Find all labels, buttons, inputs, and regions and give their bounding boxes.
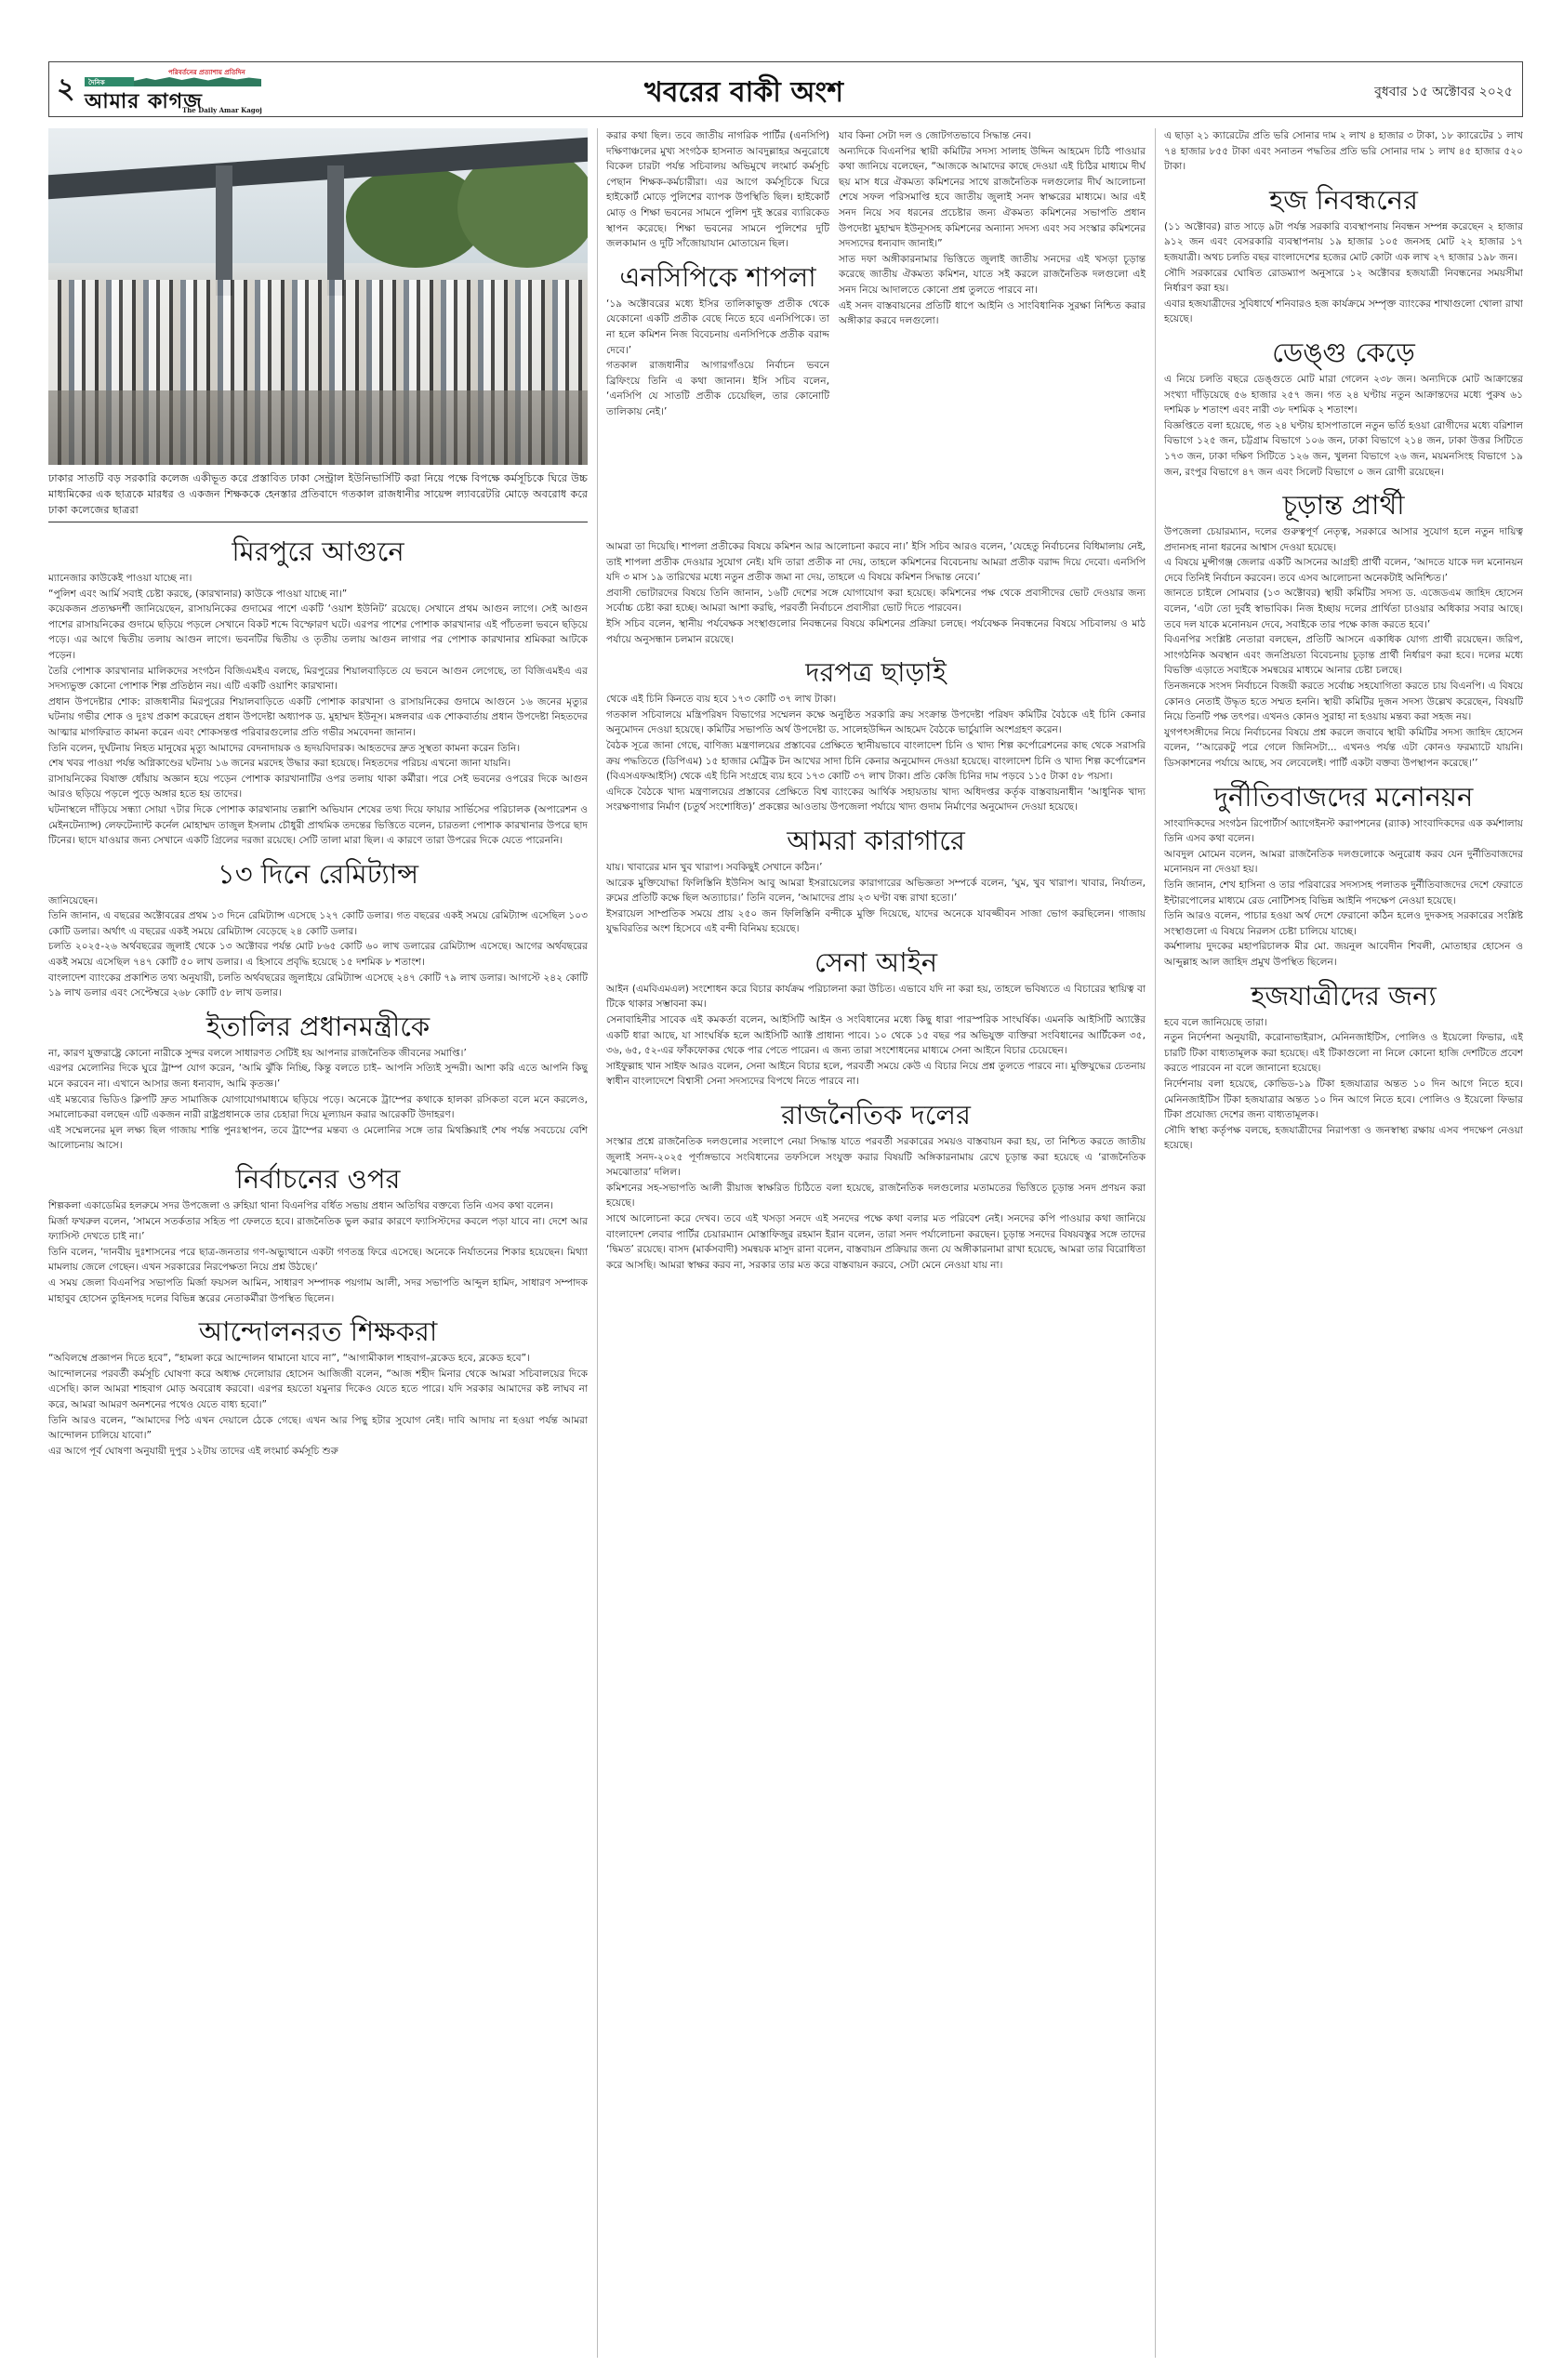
headline: নির্বাচনের ওপর	[48, 1161, 588, 1197]
paragraph: ইসরায়েল সাম্প্রতিক সময়ে প্রায় ২৫০ জন …	[606, 906, 1146, 937]
paragraph: ‘১৯ অক্টোবরের মধ্যে ইসির তালিকাভুক্ত প্র…	[606, 297, 829, 358]
paragraph: শেষ খবর পাওয়া পর্যন্ত অগ্নিকাণ্ডের ঘটনা…	[48, 756, 588, 772]
paragraph: যাব কিনা সেটা দল ও জোটগতভাবে সিদ্ধান্ত ন…	[839, 128, 1146, 144]
paragraph: তিনি আরও বলেন, পাচার হওয়া অর্থ দেশে ফের…	[1164, 908, 1523, 939]
paragraph: আবদুল মোমেন বলেন, আমরা রাজনৈতিক দলগুলোকে…	[1164, 847, 1523, 878]
article-hajj-pilgrims: হজযাত্রীদের জন্য হবে বলে জানিয়েছে তারা।…	[1164, 978, 1523, 1154]
paragraph: সৌদি সরকারের ঘোষিত রোডম্যাপ অনুসারে ১২ অ…	[1164, 266, 1523, 297]
paragraph: এই সম্মেলনের মূল লক্ষ্য ছিল গাজায় শান্ত…	[48, 1123, 588, 1154]
paragraph: এরপর মেলোনির দিকে ঘুরে ট্রাম্প যোগ করেন,…	[48, 1061, 588, 1091]
paragraph: কর্মশালায় দুদকের মহাপরিচালক মীর মো. জয়…	[1164, 939, 1523, 970]
paragraph: আইন (এমবিএমএল) সংশোধন করে বিচার কার্যক্র…	[606, 982, 1146, 1012]
paragraph: গতকাল সচিবালয়ে মন্ত্রিপরিষদ বিভাগের সম্…	[606, 707, 1146, 738]
paragraph: না, কারণ যুক্তরাষ্ট্রে কোনো নারীকে সুন্দ…	[48, 1046, 588, 1062]
article-corrupt-nomination: দুর্নীতিবাজদের মনোনয়ন সাংবাদিকদের সংগঠন…	[1164, 779, 1523, 971]
logo-name: আমার কাগজ	[85, 86, 203, 120]
article-election: নির্বাচনের ওপর শিল্পকলা একাডেমির হলরুমে …	[48, 1161, 588, 1306]
paragraph: সেনাবাহিনীর সাবেক এই কমকর্তা বলেন, আইসিট…	[606, 1012, 1146, 1059]
masthead: ২ পরিবর্তনের প্রত্যাশায় প্রতিদিন দৈনিক …	[48, 61, 1523, 117]
paragraph: কয়েকজন প্রত্যক্ষদর্শী জানিয়েছেন, রাসায…	[48, 602, 588, 663]
paragraph: সৌদি স্বাস্থ্য কর্তৃপক্ষ বলছে, হজযাত্রীদ…	[1164, 1123, 1523, 1154]
paragraph: সাথে আলোচনা করে দেখব। তবে এই খসড়া সনদে …	[606, 1211, 1146, 1273]
column-1: মিরপুরে আগুনে ম্যানেজার কাউকেই পাওয়া যা…	[48, 526, 588, 2348]
paragraph: এর আগে পূর্ব ঘোষণা অনুযায়ী দুপুর ১২টায়…	[48, 1444, 588, 1460]
paragraph: হবে বলে জানিয়েছে তারা।	[1164, 1015, 1523, 1031]
paragraph: জানতে চাইলে সোমবার (১৩ অক্টোবর) স্থায়ী …	[1164, 586, 1523, 632]
paragraph: বিএনপির সংশ্লিষ্ট নেতারা বলছেন, প্রতিটি …	[1164, 632, 1523, 679]
paragraph: সাংবাদিকদের সংগঠন রিপোর্টার্স অ্যাগেইনস্…	[1164, 816, 1523, 847]
photo-pillar	[327, 165, 344, 296]
headline: সেনা আইন	[606, 945, 1146, 980]
paragraph: যুগপৎসঙ্গীদের নিয়ে নির্বাচনের বিষয়ে প্…	[1164, 725, 1523, 772]
paragraph: তিনজনকে সংসদ নির্বাচনে বিজয়ী করতে সর্বো…	[1164, 679, 1523, 725]
paragraph: রাসায়নিকের বিষাক্ত ধোঁয়ায় অজ্ঞান হয়ে…	[48, 772, 588, 802]
paragraph: নতুন নির্দেশনা অনুযায়ী, করোনাভাইরাস, মে…	[1164, 1030, 1523, 1077]
paragraph: বিজ্ঞপ্তিতে বলা হয়েছে, গত ২৪ ঘণ্টায় হা…	[1164, 418, 1523, 480]
paragraph: যায়। খাবারের মান খুব খারাপ। সবকিছুই সেখ…	[606, 860, 1146, 876]
headline: দুর্নীতিবাজদের মনোনয়ন	[1164, 779, 1523, 814]
article-army-law: সেনা আইন আইন (এমবিএমএল) সংশোধন করে বিচার…	[606, 945, 1146, 1090]
photo-caption: ঢাকার সাতটি বড় সরকারি কলেজ একীভূত করে প…	[48, 470, 588, 522]
column-divider	[597, 128, 598, 2358]
article-final-candidate: চূড়ান্ত প্রার্থী উপজেলা চেয়ারম্যান, দল…	[1164, 487, 1523, 772]
paragraph: আন্দোলনের পরবর্তী কর্মসূচি ঘোষণা করে অধ্…	[48, 1367, 588, 1413]
headline: ডেঙ্গু কেড়ে	[1164, 335, 1523, 370]
paragraph: জানিয়েছেন।	[48, 893, 588, 909]
headline: ইতালির প্রধানমন্ত্রীকে	[48, 1009, 588, 1044]
article-dengue: ডেঙ্গু কেড়ে এ নিয়ে চলতি বছরে ডেঙ্গুতে …	[1164, 335, 1523, 480]
logo-tagline: পরিবর্তনের প্রত্যাশায় প্রতিদিন	[168, 67, 245, 78]
paragraph: ম্যানেজার কাউকেই পাওয়া যাচ্ছে না।	[48, 571, 588, 587]
article-remittance: ১৩ দিনে রেমিট্যান্স জানিয়েছেন। তিনি জান…	[48, 856, 588, 1001]
article-ncp-shapla: এনসিপিকে শাপলা ‘১৯ অক্টোবরের মধ্যে ইসির …	[606, 259, 829, 420]
paragraph: সাত দফা অঙ্গীকারনামার ভিত্তিতে জুলাই জাত…	[839, 252, 1146, 298]
paragraph: এবার হজযাত্রীদের সুবিধার্থে শনিবারও হজ ক…	[1164, 297, 1523, 327]
paragraph: সাইফুল্লাহ খান সাইফ আরও বলেন, সেনা আইনে …	[606, 1059, 1146, 1090]
issue-date: বুধবার ১৫ অক্টোবর ২০২৫	[1374, 81, 1513, 103]
article-continuation: করার কথা ছিল। তবে জাতীয় নাগরিক পার্টির …	[606, 128, 829, 252]
paragraph: আরেক মুক্তিযোদ্ধা ফিলিস্তিনি ইউনিস আবু আ…	[606, 876, 1146, 906]
paragraph: বাংলাদেশ ব্যাংকের প্রকাশিত তথ্য অনুযায়ী…	[48, 971, 588, 1001]
paragraph: কমিশনের সহ-সভাপতি আলী রীয়াজ স্বাক্ষরিত …	[606, 1181, 1146, 1211]
paragraph: মির্জা ফখরুল বলেন, ‘সামনে সতর্কতার সহিত …	[48, 1214, 588, 1245]
article-italy-pm: ইতালির প্রধানমন্ত্রীকে না, কারণ যুক্তরাষ…	[48, 1009, 588, 1154]
paragraph: এই মন্তব্যের ভিডিও ক্লিপটি দ্রুত সামাজিক…	[48, 1092, 588, 1123]
page-number: ২	[57, 66, 85, 113]
paragraph: প্রধান উপদেষ্টার শোক: রাজধানীর মিরপুরের …	[48, 694, 588, 741]
photo-pillar	[216, 165, 232, 296]
photo-road	[48, 390, 588, 465]
section-title: খবরের বাকী অংশ	[644, 70, 843, 117]
paragraph: ইসি সচিব বলেন, স্থানীয় পর্যবেক্ষক সংস্থ…	[606, 616, 1146, 647]
headline: আন্দোলনরত শিক্ষকরা	[48, 1314, 588, 1349]
column-2-wide: আমরা তা দিয়েছি। শাপলা প্রতীকের বিষয়ে ক…	[606, 539, 1146, 2348]
paragraph: এ বিষয়ে মুন্সীগঞ্জ জেলার একটি আসনের আগ্…	[1164, 555, 1523, 586]
headline: আমরা কারাগারে	[606, 823, 1146, 858]
paragraph: ঘটনাস্থলে দাঁড়িয়ে সন্ধ্যা সোয়া ৭টার দ…	[48, 802, 588, 849]
paragraph: গতকাল রাজধানীর আগারগাঁওয়ে নির্বাচন ভবনে…	[606, 358, 829, 419]
newspaper-logo: পরিবর্তনের প্রত্যাশায় প্রতিদিন দৈনিক আম…	[85, 65, 257, 113]
paragraph: উপজেলা চেয়ারম্যান, দলের গুরুত্বপূর্ণ নে…	[1164, 524, 1523, 555]
headline: হজযাত্রীদের জন্য	[1164, 978, 1523, 1013]
column-divider	[1155, 128, 1156, 2358]
paragraph: এই সনদ বাস্তবায়নের প্রতিটি ধাপে আইনি ও …	[839, 298, 1146, 329]
headline: দরপত্র ছাড়াই	[606, 654, 1146, 690]
paragraph: এ ছাড়া ২১ ক্যারেটের প্রতি ভরি সোনার দাম…	[1164, 128, 1523, 175]
headline: মিরপুরে আগুনে	[48, 534, 588, 569]
paragraph: আমরা তা দিয়েছি। শাপলা প্রতীকের বিষয়ে ক…	[606, 539, 1146, 586]
logo-english: The Daily Amar Kagoj	[182, 106, 262, 114]
article-july-charter: যাব কিনা সেটা দল ও জোটগতভাবে সিদ্ধান্ত ন…	[839, 128, 1146, 329]
headline: রাজনৈতিক দলের	[606, 1097, 1146, 1132]
paragraph: তৈরি পোশাক কারখানার মালিকদের সংগঠন বিজিএ…	[48, 664, 588, 694]
paragraph: (১১ অক্টোবর) রাত সাড়ে ৯টা পর্যন্ত সরকার…	[1164, 219, 1523, 266]
paragraph: অন্যদিকে বিএনপির স্থায়ী কমিটির সদস্য সা…	[839, 144, 1146, 252]
paragraph: এদিকে বৈঠকে খাদ্য মন্ত্রণালয়ের প্রস্তাব…	[606, 785, 1146, 815]
paragraph: তিনি বলেন, ‘দানবীয় দুঃশাসনের পরে ছাত্র-…	[48, 1245, 588, 1276]
paragraph: “অবিলম্বে প্রজ্ঞাপন দিতে হবে”, “হামলা কর…	[48, 1351, 588, 1367]
paragraph: চলতি ২০২৫-২৬ অর্থবছরের জুলাই থেকে ১৩ অক্…	[48, 939, 588, 970]
paragraph: তিনি জানান, শেখ হাসিনা ও তার পরিবারের সদ…	[1164, 878, 1523, 908]
paragraph: এ সময় জেলা বিএনপির সভাপতি মির্জা ফয়সল …	[48, 1276, 588, 1306]
paragraph: বৈঠক সূত্রে জানা গেছে, বাণিজ্য মন্ত্রণাল…	[606, 738, 1146, 785]
headline: ১৩ দিনে রেমিট্যান্স	[48, 856, 588, 892]
paragraph: প্রবাসী ভোটারদের বিষয়ে তিনি জানান, ১৬টি…	[606, 586, 1146, 616]
paragraph: তিনি জানান, এ বছরের অক্টোবরের প্রথম ১৩ দ…	[48, 908, 588, 939]
article-sugar-tender: দরপত্র ছাড়াই থেকে এই চিনি কিনতে ব্যয় হ…	[606, 654, 1146, 815]
newspaper-page: ২ পরিবর্তনের প্রত্যাশায় প্রতিদিন দৈনিক …	[48, 61, 1523, 2358]
paragraph: তিনি আরও বলেন, “আমাদের পিঠ এখন দেয়ালে ঠ…	[48, 1413, 588, 1444]
headline: চূড়ান্ত প্রার্থী	[1164, 487, 1523, 522]
paragraph: শিল্পকলা একাডেমির হলরুমে সদর উপজেলা ও রু…	[48, 1198, 588, 1214]
paragraph: সংস্কার প্রশ্নে রাজনৈতিক দলগুলোর সংলাপে …	[606, 1134, 1146, 1181]
news-photo	[48, 128, 588, 465]
paragraph: থেকে এই চিনি কিনতে ব্যয় হবে ১৭৩ কোটি ৩৭…	[606, 692, 1146, 707]
column-3-wide: এ ছাড়া ২১ ক্যারেটের প্রতি ভরি সোনার দাম…	[1164, 128, 1523, 2348]
column-2: করার কথা ছিল। তবে জাতীয় নাগরিক পার্টির …	[606, 128, 829, 537]
headline: এনসিপিকে শাপলা	[606, 259, 829, 295]
column-3: যাব কিনা সেটা দল ও জোটগতভাবে সিদ্ধান্ত ন…	[839, 128, 1146, 537]
article-hajj-registration: হজ নিবন্ধনের (১১ অক্টোবর) রাত সাড়ে ৯টা …	[1164, 182, 1523, 327]
article-ncp-shapla-cont: আমরা তা দিয়েছি। শাপলা প্রতীকের বিষয়ে ক…	[606, 539, 1146, 647]
article-mirpur-fire: মিরপুরে আগুনে ম্যানেজার কাউকেই পাওয়া যা…	[48, 534, 588, 849]
article-political-parties: রাজনৈতিক দলের সংস্কার প্রশ্নে রাজনৈতিক দ…	[606, 1097, 1146, 1273]
paragraph: তিনি বলেন, দুর্ঘটনায় নিহত মানুষের মৃত্য…	[48, 741, 588, 757]
headline: হজ নিবন্ধনের	[1164, 182, 1523, 218]
paragraph: “পুলিশ এবং আর্মি সবাই চেষ্টা করছে, (কারখ…	[48, 587, 588, 602]
article-protesting-teachers: আন্দোলনরত শিক্ষকরা “অবিলম্বে প্রজ্ঞাপন দ…	[48, 1314, 588, 1459]
article-gold-price: এ ছাড়া ২১ ক্যারেটের প্রতি ভরি সোনার দাম…	[1164, 128, 1523, 175]
paragraph: নির্দেশনায় বলা হয়েছে, কোভিড-১৯ টিকা হজ…	[1164, 1077, 1523, 1123]
article-prison: আমরা কারাগারে যায়। খাবারের মান খুব খারা…	[606, 823, 1146, 937]
paragraph: এ নিয়ে চলতি বছরে ডেঙ্গুতে মোট মারা গেলে…	[1164, 372, 1523, 418]
paragraph: করার কথা ছিল। তবে জাতীয় নাগরিক পার্টির …	[606, 128, 829, 252]
